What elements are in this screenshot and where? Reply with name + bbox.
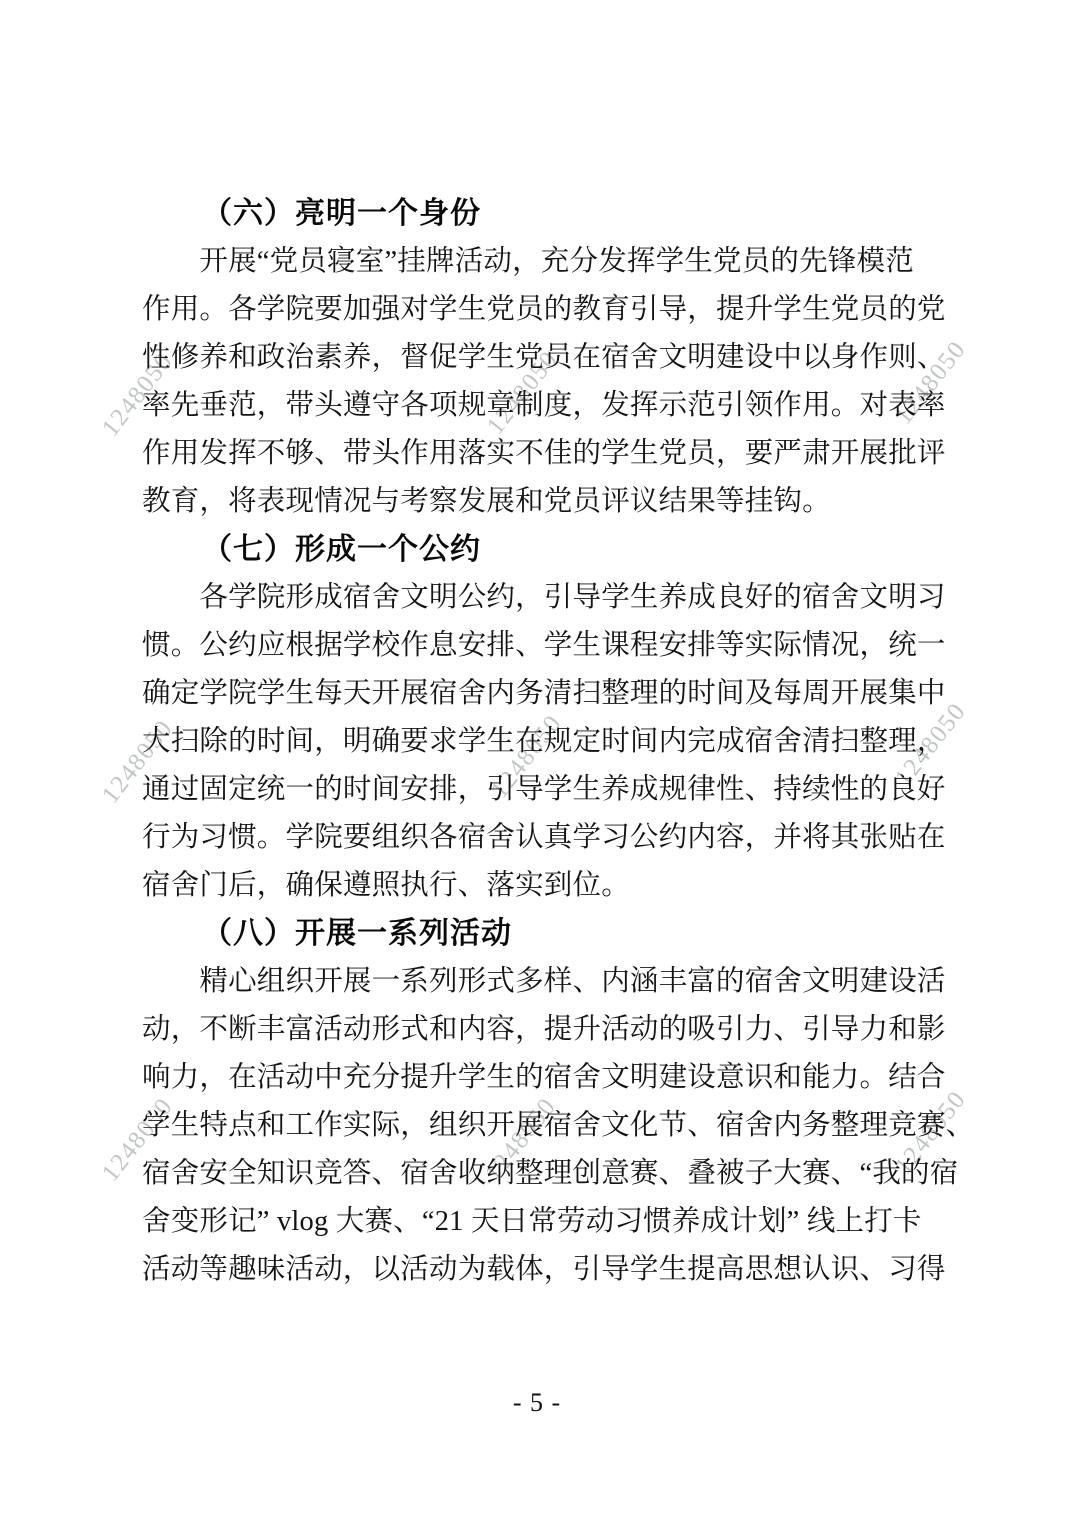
section-paragraph: 开展“党员寝室”挂牌活动，充分发挥学生党员的先锋模范 作用。各学院要加强对学生党… (142, 238, 1032, 526)
section-eight: （八）开展一系列活动 精心组织开展一系列形式多样、内涵丰富的宿舍文明建设活 动，… (142, 910, 1032, 1294)
page-number: - 5 - (0, 1388, 1074, 1418)
section-six: （六）亮明一个身份 开展“党员寝室”挂牌活动，充分发挥学生党员的先锋模范 作用。… (142, 190, 1032, 526)
document-page: 1248050 1248050 1248050 1248050 1248050 … (0, 0, 1074, 1520)
document-body: （六）亮明一个身份 开展“党员寝室”挂牌活动，充分发挥学生党员的先锋模范 作用。… (142, 190, 1032, 1294)
section-seven: （七）形成一个公约 各学院形成宿舍文明公约，引导学生养成良好的宿舍文明习 惯。公… (142, 526, 1032, 910)
section-paragraph: 各学院形成宿舍文明公约，引导学生养成良好的宿舍文明习 惯。公约应根据学校作息安排… (142, 574, 1032, 910)
section-heading: （八）开展一系列活动 (142, 910, 1032, 958)
section-paragraph: 精心组织开展一系列形式多样、内涵丰富的宿舍文明建设活 动，不断丰富活动形式和内容… (142, 958, 1032, 1294)
section-heading: （七）形成一个公约 (142, 526, 1032, 574)
section-heading: （六）亮明一个身份 (142, 190, 1032, 238)
